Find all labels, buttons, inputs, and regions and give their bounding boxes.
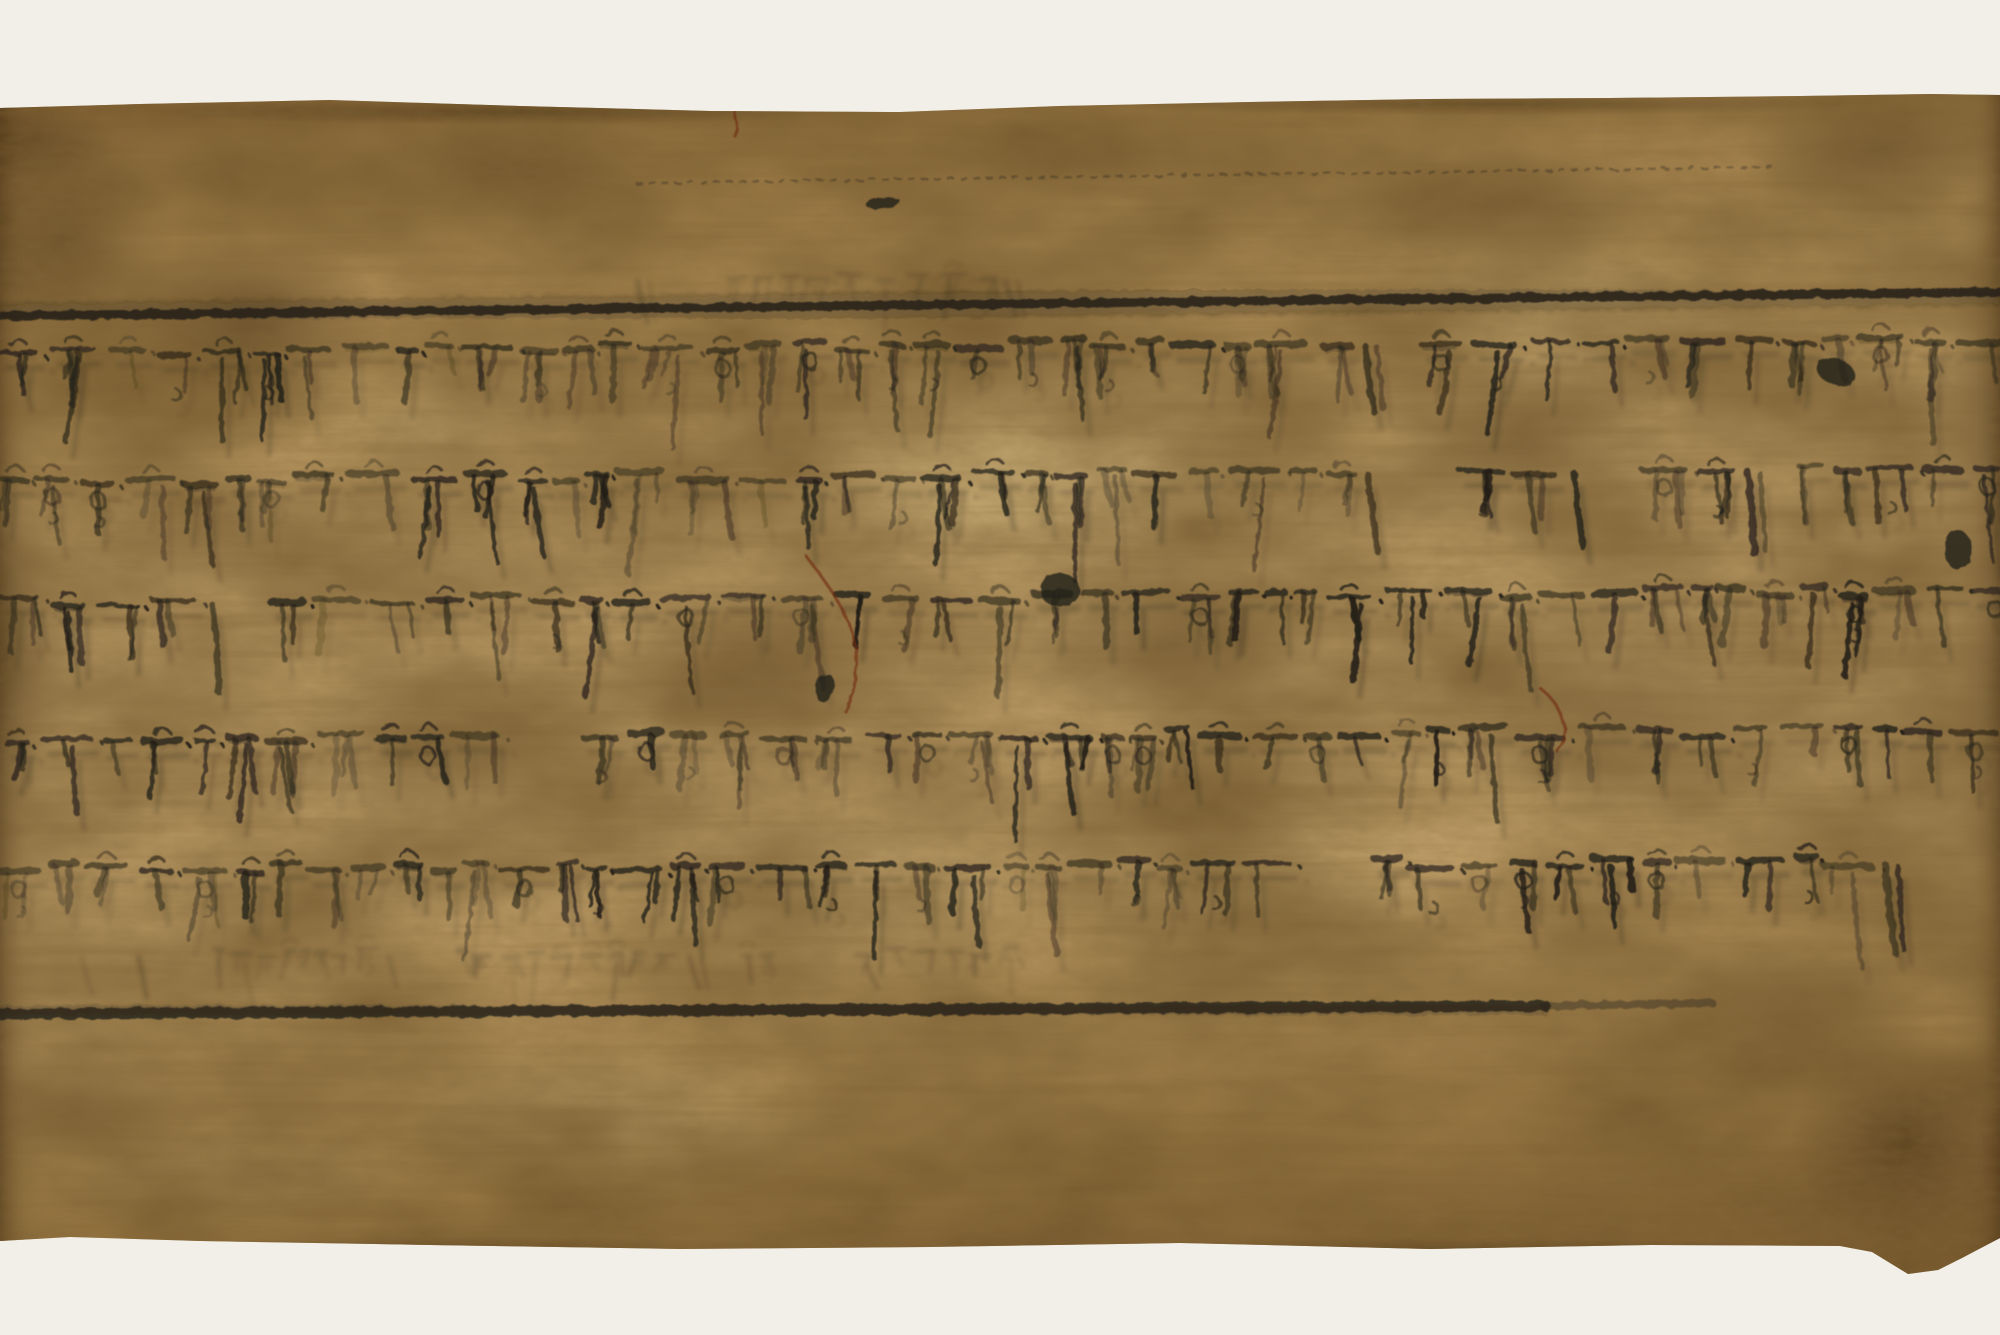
manuscript-paper	[0, 0, 2000, 1335]
manuscript-photo	[0, 0, 2000, 1335]
